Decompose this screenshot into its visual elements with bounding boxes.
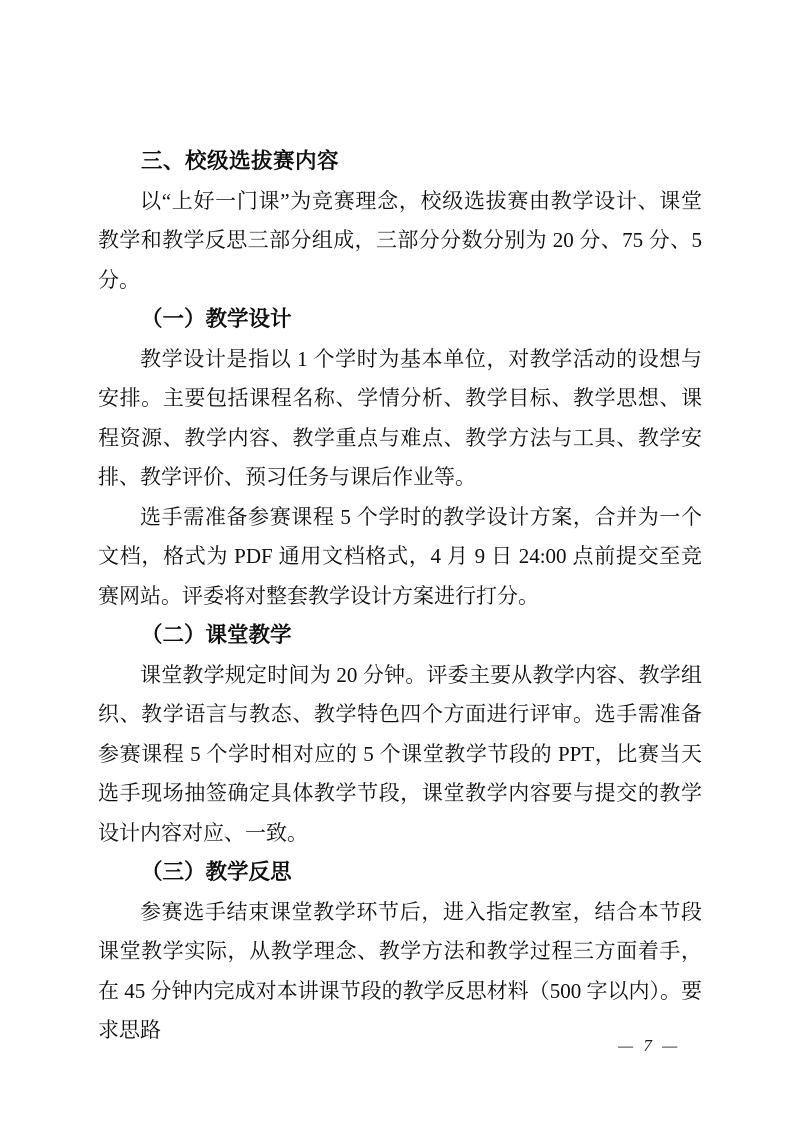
paragraph-teaching-design-definition: 教学设计是指以 1 个学时为基本单位，对教学活动的设想与安排。主要包括课程名称、… [98,340,702,498]
document-page: 三、校级选拔赛内容 以“上好一门课”为竞赛理念，校级选拔赛由教学设计、课堂教学和… [0,0,793,1122]
paragraph-teaching-design-submission: 选手需准备参赛课程 5 个学时的教学设计方案，合并为一个文档，格式为 PDF 通… [98,498,702,617]
paragraph-teaching-reflection-rules: 参赛选手结束课堂教学环节后，进入指定教室，结合本节段课堂教学实际，从教学理念、教… [98,893,702,1051]
subsection-heading-teaching-reflection: （三）教学反思 [98,853,702,893]
paragraph-competition-overview: 以“上好一门课”为竞赛理念，校级选拔赛由教学设计、课堂教学和教学反思三部分组成，… [98,182,702,301]
subsection-heading-teaching-design: （一）教学设计 [98,300,702,340]
page-number: — 7 — [618,1036,680,1056]
section-heading-competition-content: 三、校级选拔赛内容 [98,142,702,182]
subsection-heading-classroom-teaching: （二）课堂教学 [98,616,702,656]
paragraph-classroom-teaching-rules: 课堂教学规定时间为 20 分钟。评委主要从教学内容、教学组织、教学语言与教态、教… [98,656,702,854]
document-body: 三、校级选拔赛内容 以“上好一门课”为竞赛理念，校级选拔赛由教学设计、课堂教学和… [98,142,702,1051]
